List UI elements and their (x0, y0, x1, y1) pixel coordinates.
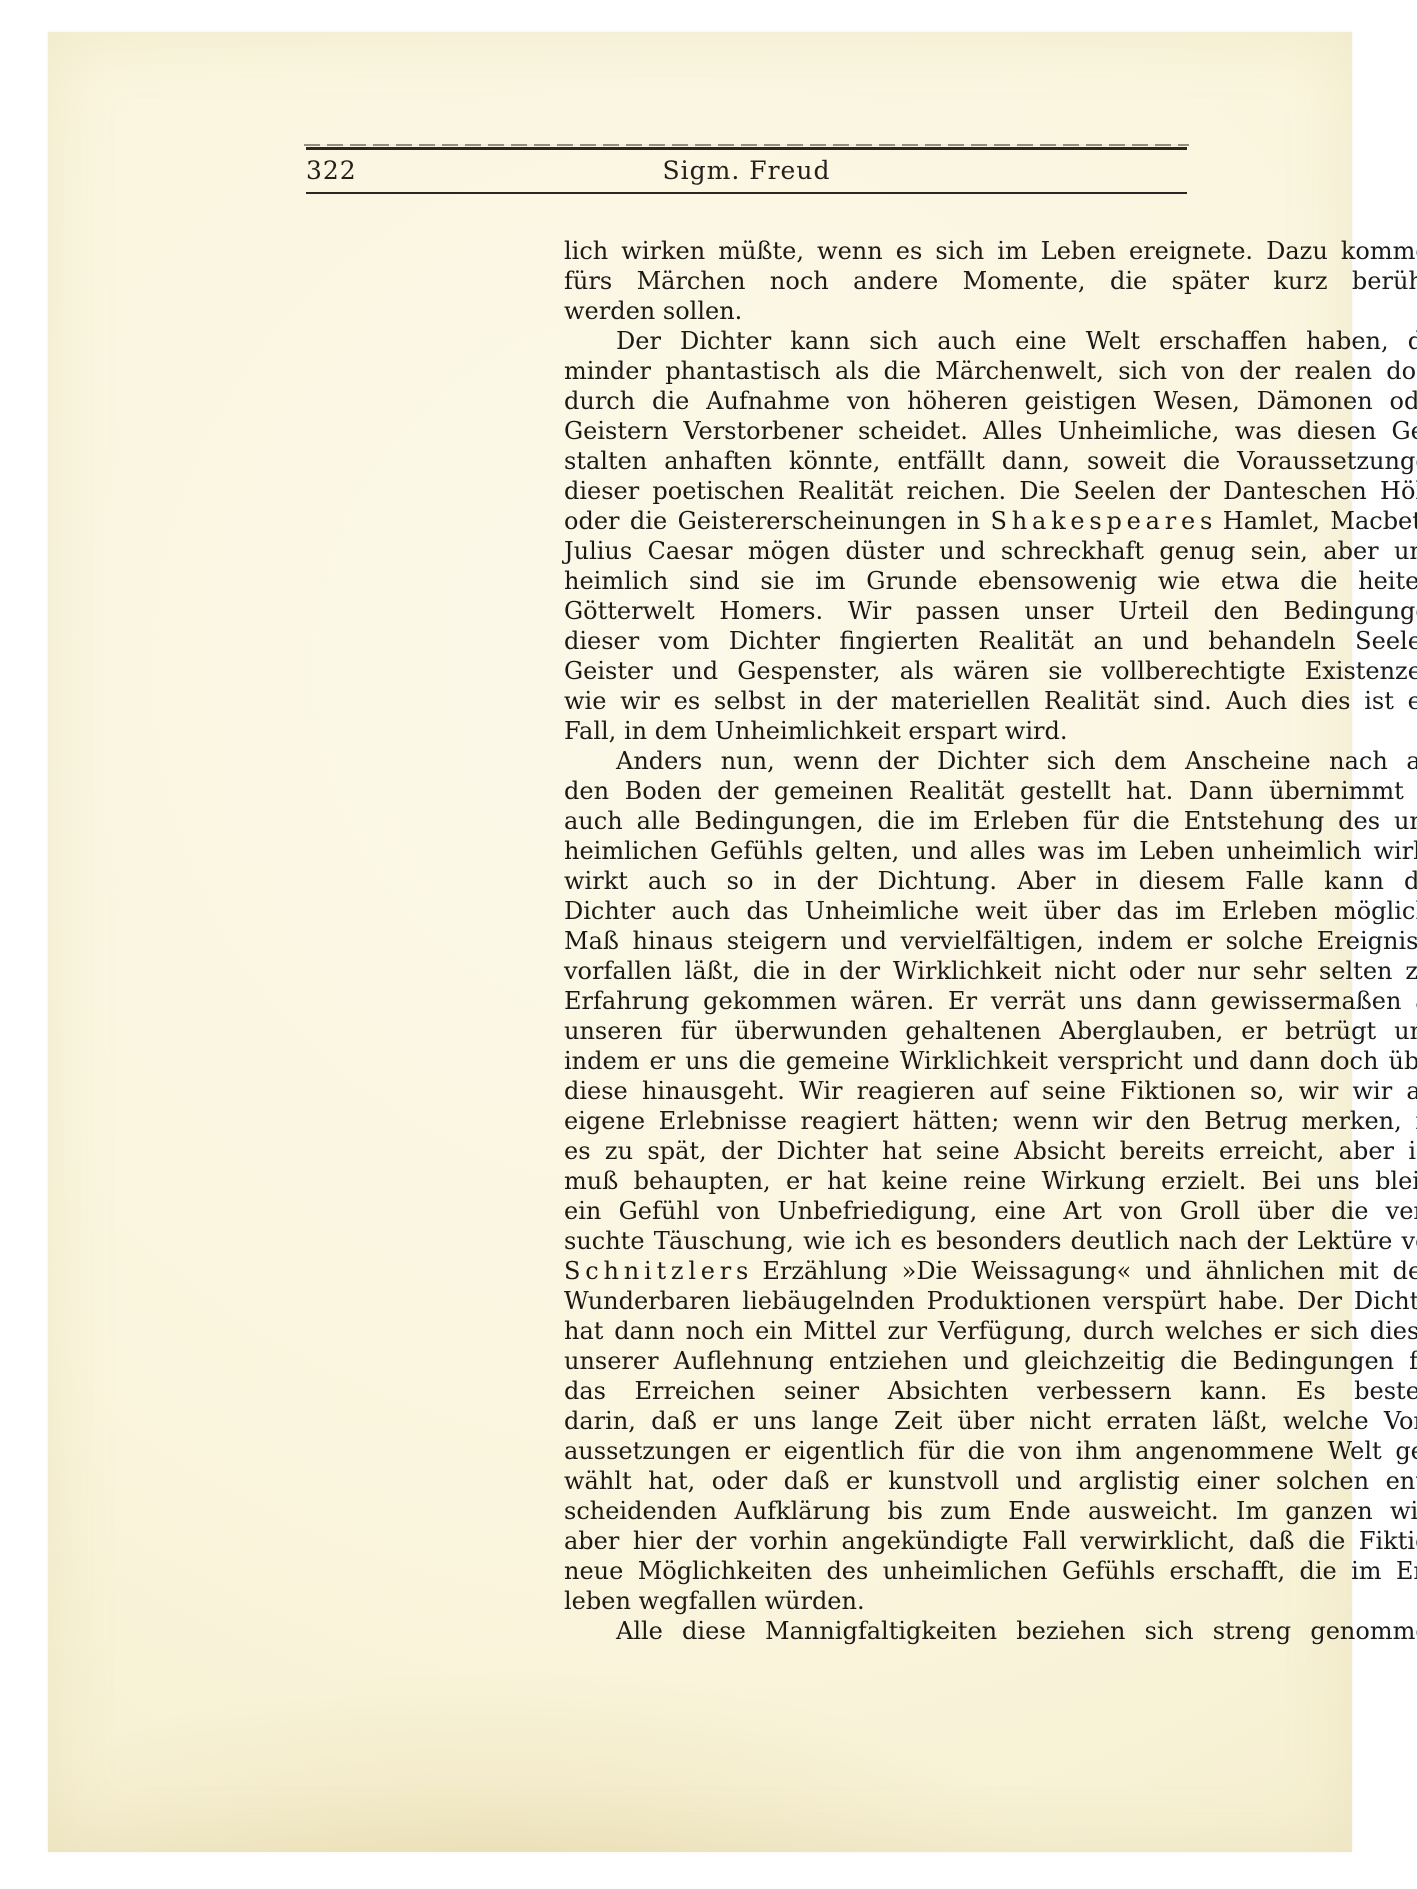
text-line: lich wirken müßte, wenn es sich im Leben… (564, 236, 1417, 266)
text-line: Götterwelt Homers. Wir passen unser Urte… (564, 596, 1417, 626)
text-line: auch alle Bedingungen, die im Erleben fü… (564, 806, 1417, 836)
header-bottom-rule (306, 192, 1187, 194)
text-line: Wunderbaren liebäugelnden Produktionen v… (564, 1286, 1417, 1316)
text-column: 322 Sigm. Freud lich wirken müßte, wenn … (306, 32, 1187, 1852)
text-line: Geister und Gespenster, als wären sie vo… (564, 656, 1417, 686)
text-line: aussetzungen er eigentlich für die von i… (564, 1436, 1417, 1466)
text-line: vorfallen läßt, die in der Wirklichkeit … (564, 956, 1417, 986)
header-row: 322 Sigm. Freud (306, 150, 1187, 192)
text-line: heimlich sind sie im Grunde ebensowenig … (564, 566, 1417, 596)
text-line: hat dann noch ein Mittel zur Verfügung, … (564, 1316, 1417, 1346)
text-line: diese hinausgeht. Wir reagieren auf sein… (564, 1076, 1417, 1106)
text-line: Anders nun, wenn der Dichter sich dem An… (564, 746, 1417, 776)
text-line: aber hier der vorhin angekündigte Fall v… (564, 1526, 1417, 1556)
text-line: Alle diese Mannigfaltigkeiten beziehen s… (564, 1616, 1417, 1646)
text-line: den Boden der gemeinen Realität gestellt… (564, 776, 1417, 806)
text-line: Julius Caesar mögen düster und schreckha… (564, 536, 1417, 566)
text-line: werden sollen. (564, 296, 1417, 326)
text-line: stalten anhaften könnte, entfällt dann, … (564, 446, 1417, 476)
text-line: indem er uns die gemeine Wirklichkeit ve… (564, 1046, 1417, 1076)
text-line: durch die Aufnahme von höheren geistigen… (564, 386, 1417, 416)
text-line: Erfahrung gekommen wären. Er verrät uns … (564, 986, 1417, 1016)
text-line: heimlichen Gefühls gelten, und alles was… (564, 836, 1417, 866)
text-line: darin, daß er uns lange Zeit über nicht … (564, 1406, 1417, 1436)
text-line: minder phantastisch als die Märchenwelt,… (564, 356, 1417, 386)
text-line: Maß hinaus steigern und vervielfältigen,… (564, 926, 1417, 956)
text-line: das Erreichen seiner Absichten verbesser… (564, 1376, 1417, 1406)
text-line: Der Dichter kann sich auch eine Welt ers… (564, 326, 1417, 356)
book-page: 322 Sigm. Freud lich wirken müßte, wenn … (48, 32, 1352, 1852)
page-header: 322 Sigm. Freud (306, 143, 1187, 194)
text-line: unseren für überwunden gehaltenen Abergl… (564, 1016, 1417, 1046)
text-line: wählt hat, oder daß er kunstvoll und arg… (564, 1466, 1417, 1496)
text-line: fürs Märchen noch andere Momente, die sp… (564, 266, 1417, 296)
text-line: unserer Auflehnung entziehen und gleichz… (564, 1346, 1417, 1376)
text-line: Geistern Verstorbener scheidet. Alles Un… (564, 416, 1417, 446)
text-line: S c h n i t z l e r s Erzählung »Die Wei… (564, 1256, 1417, 1286)
text-line: dieser poetischen Realität reichen. Die … (564, 476, 1417, 506)
text-line: ein Gefühl von Unbefriedigung, eine Art … (564, 1196, 1417, 1226)
text-line: muß behaupten, er hat keine reine Wirkun… (564, 1166, 1417, 1196)
text-line: dieser vom Dichter fingierten Realität a… (564, 626, 1417, 656)
text-line: wie wir es selbst in der materiellen Rea… (564, 686, 1417, 716)
text-line: leben wegfallen würden. (564, 1586, 1417, 1616)
running-title: Sigm. Freud (306, 150, 1187, 192)
text-line: neue Möglichkeiten des unheimlichen Gefü… (564, 1556, 1417, 1586)
header-worn-rule (304, 144, 1189, 146)
text-line: Fall, in dem Unheimlichkeit erspart wird… (564, 716, 1417, 746)
text-line: suchte Täuschung, wie ich es besonders d… (564, 1226, 1417, 1256)
text-line: es zu spät, der Dichter hat seine Absich… (564, 1136, 1417, 1166)
text-line: Dichter auch das Unheimliche weit über d… (564, 896, 1417, 926)
text-line: wirkt auch so in der Dichtung. Aber in d… (564, 866, 1417, 896)
body-text: lich wirken müßte, wenn es sich im Leben… (564, 236, 1417, 1646)
text-line: scheidenden Aufklärung bis zum Ende ausw… (564, 1496, 1417, 1526)
text-line: oder die Geistererscheinungen in S h a k… (564, 506, 1417, 536)
text-line: eigene Erlebnisse reagiert hätten; wenn … (564, 1106, 1417, 1136)
